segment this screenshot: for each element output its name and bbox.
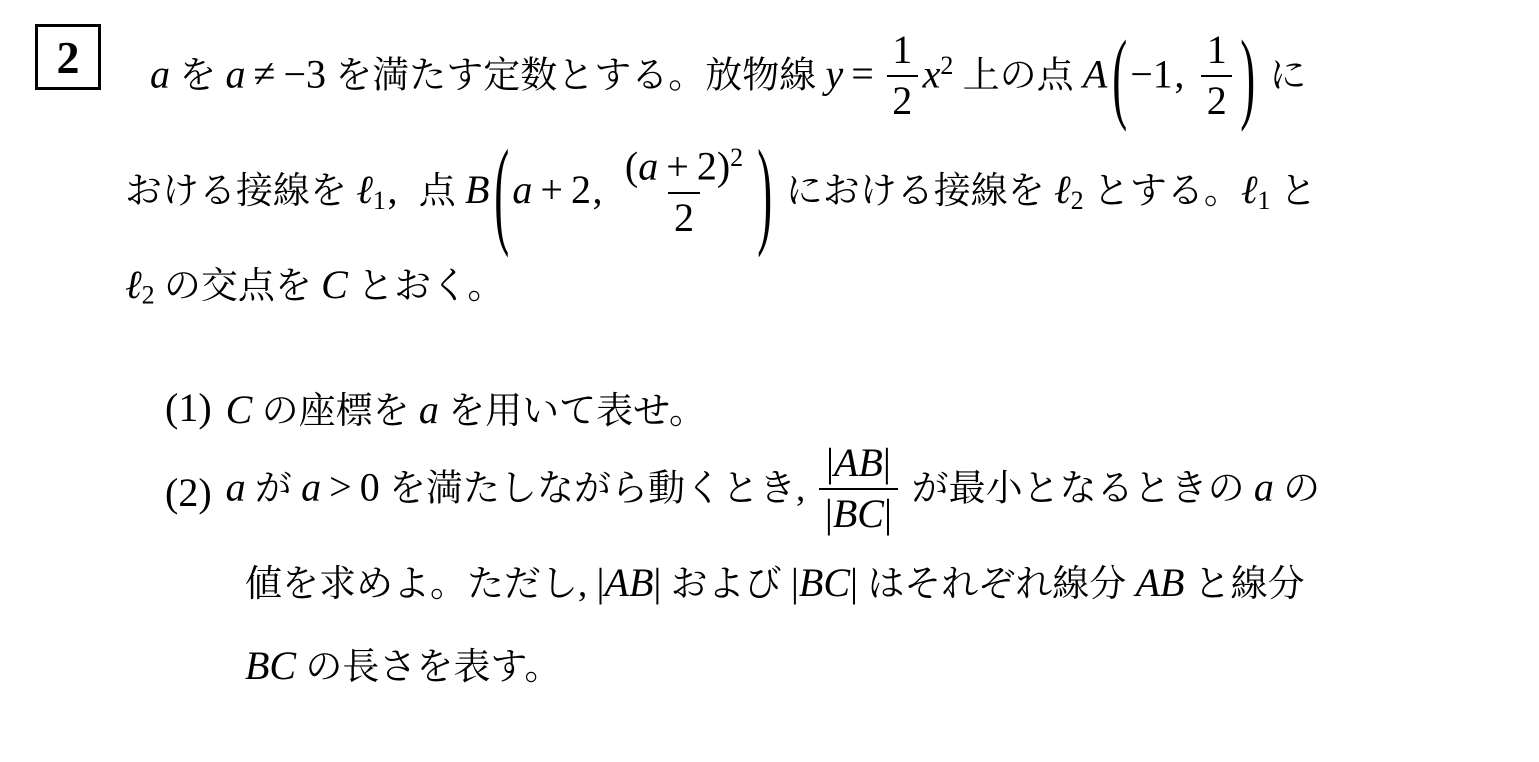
part-2-line-1-text: a が a>0 を満たしながら動くとき, |AB||BC| が最小となるときの … xyxy=(226,444,1321,540)
fraction: |AB||BC| xyxy=(819,441,897,537)
math-variable: AB xyxy=(834,440,883,485)
part-2-line-2: 値を求めよ。ただし, |AB| および |BC| はそれぞれ線分 AB と線分 xyxy=(245,549,1305,611)
math-number: 2 xyxy=(892,78,912,123)
math-variable: a xyxy=(512,167,532,212)
problem-number-box: 2 xyxy=(35,24,101,90)
math-number: 0 xyxy=(360,464,380,509)
part-1-line-1: (1) C の座標を a を用いて表せ。 xyxy=(165,376,706,438)
math-variable: BC xyxy=(799,560,850,605)
text-run: と線分 xyxy=(1184,564,1304,605)
subscript: 1 xyxy=(373,186,386,215)
text-run: おける接線を xyxy=(125,171,356,212)
problem-page: 2 a を a≠−3 を満たす定数とする。放物線 y=12x2 上の点 A(−1… xyxy=(0,0,1539,762)
superscript: 2 xyxy=(940,51,953,80)
math-number: 1 xyxy=(892,27,912,72)
statement-line-1-text: a を a≠−3 を満たす定数とする。放物線 y=12x2 上の点 A(−1,1… xyxy=(150,31,1306,127)
statement-line-3-text: ℓ2 の交点を C とおく。 xyxy=(125,255,504,311)
math-comma: , xyxy=(1174,51,1184,96)
text-run: の長さを表す。 xyxy=(296,647,561,688)
statement-line-3: ℓ2 の交点を C とおく。 xyxy=(125,252,504,314)
math-variable: x xyxy=(923,51,941,96)
math-variable: AB xyxy=(605,560,654,605)
text-run: を xyxy=(170,55,226,96)
fraction-numerator: |AB| xyxy=(820,441,896,488)
statement-line-1: a を a≠−3 を満たす定数とする。放物線 y=12x2 上の点 A(−1,1… xyxy=(150,18,1306,140)
part-2-line-1: (2) a が a>0 を満たしながら動くとき, |AB||BC| が最小となる… xyxy=(165,438,1320,546)
math-variable: a xyxy=(226,51,246,96)
math-variable: AB xyxy=(1136,560,1185,605)
part-1-text: C の座標を a を用いて表せ。 xyxy=(226,380,706,434)
text-run: が xyxy=(246,468,302,509)
fraction-numerator: (a+2)2 xyxy=(619,143,748,192)
text-run: における接線を xyxy=(776,171,1054,212)
part-1-label: (1) xyxy=(165,384,212,431)
math-number: 2 xyxy=(1207,78,1227,123)
math-number: −3 xyxy=(283,51,326,96)
math-variable: ℓ xyxy=(1241,167,1258,212)
math-variable: a xyxy=(1254,464,1274,509)
part-2-label: (2) xyxy=(165,469,212,516)
math-operator: + xyxy=(540,167,563,212)
math-number: | xyxy=(826,440,834,485)
math-number: 1 xyxy=(1207,27,1227,72)
statement-line-2: おける接線を ℓ1, 点 B(a+2,(a+2)22) における接線を ℓ2 と… xyxy=(125,132,1317,258)
math-operator: + xyxy=(666,144,689,189)
fraction-numerator: 1 xyxy=(1201,28,1232,75)
math-number: 2 xyxy=(571,167,591,212)
text-run: の xyxy=(1274,468,1320,509)
open-paren: ( xyxy=(494,133,509,253)
math-number: | xyxy=(850,560,858,605)
text-run: が最小となるときの xyxy=(902,468,1254,509)
math-number: ( xyxy=(625,144,638,189)
subscript: 2 xyxy=(142,281,155,310)
fraction: 12 xyxy=(887,28,918,124)
close-paren: ) xyxy=(757,133,772,253)
math-variable: a xyxy=(419,387,439,432)
fraction-denominator: 2 xyxy=(887,75,918,124)
math-variable: a xyxy=(638,144,658,189)
math-comma: , xyxy=(388,167,398,212)
math-operator: = xyxy=(851,51,874,96)
text-run: とおく。 xyxy=(348,266,505,307)
math-variable: C xyxy=(321,262,348,307)
math-comma: , xyxy=(593,167,603,212)
open-paren: ( xyxy=(1112,26,1127,128)
fraction: 12 xyxy=(1201,28,1232,124)
text-run: を満たしながら動くとき, xyxy=(380,468,815,509)
math-operator: ≠ xyxy=(254,51,276,96)
math-variable: ℓ xyxy=(356,167,373,212)
math-variable: a xyxy=(226,464,246,509)
text-run: の交点を xyxy=(155,266,322,307)
text-run: はそれぞれ線分 xyxy=(858,564,1136,605)
text-run: とする。 xyxy=(1084,171,1241,212)
math-variable: B xyxy=(465,167,489,212)
math-variable: a xyxy=(150,51,170,96)
fraction: (a+2)22 xyxy=(619,143,748,241)
text-run: 上の点 xyxy=(953,55,1083,96)
text-run: の座標を xyxy=(252,391,419,432)
math-number: −1 xyxy=(1130,51,1173,96)
part-2-line-3-text: BC の長さを表す。 xyxy=(245,636,561,690)
fraction-numerator: 1 xyxy=(887,28,918,75)
math-number: | xyxy=(825,491,833,536)
math-variable: A xyxy=(1083,51,1107,96)
subscript: 1 xyxy=(1258,186,1271,215)
math-operator: > xyxy=(329,464,352,509)
math-number: 2 xyxy=(674,195,694,240)
text-run: に xyxy=(1260,55,1306,96)
math-variable: BC xyxy=(833,491,884,536)
text-run: 点 xyxy=(410,171,466,212)
fraction-denominator: 2 xyxy=(668,192,699,241)
text-run: を満たす定数とする。放物線 xyxy=(326,55,826,96)
text-run: と xyxy=(1271,171,1317,212)
text-run: および xyxy=(661,564,791,605)
part-2-line-3: BC の長さを表す。 xyxy=(245,632,561,694)
fraction-denominator: 2 xyxy=(1201,75,1232,124)
text-run: 値を求めよ。ただし, xyxy=(245,564,597,605)
close-paren: ) xyxy=(1240,26,1255,128)
math-variable: a xyxy=(301,464,321,509)
math-number: | xyxy=(884,491,892,536)
math-number: | xyxy=(883,440,891,485)
math-number: | xyxy=(791,560,799,605)
part-2-line-2-text: 値を求めよ。ただし, |AB| および |BC| はそれぞれ線分 AB と線分 xyxy=(245,553,1305,607)
math-number: | xyxy=(597,560,605,605)
math-variable: y xyxy=(826,51,844,96)
superscript: 2 xyxy=(730,143,743,172)
subscript: 2 xyxy=(1071,186,1084,215)
fraction-denominator: |BC| xyxy=(819,488,897,537)
math-variable: C xyxy=(226,387,253,432)
math-number: 2) xyxy=(697,144,730,189)
statement-line-2-text: おける接線を ℓ1, 点 B(a+2,(a+2)22) における接線を ℓ2 と… xyxy=(125,146,1317,244)
text-run: を用いて表せ。 xyxy=(439,391,706,432)
math-variable: BC xyxy=(245,643,296,688)
math-variable: ℓ xyxy=(1054,167,1071,212)
math-variable: ℓ xyxy=(125,262,142,307)
